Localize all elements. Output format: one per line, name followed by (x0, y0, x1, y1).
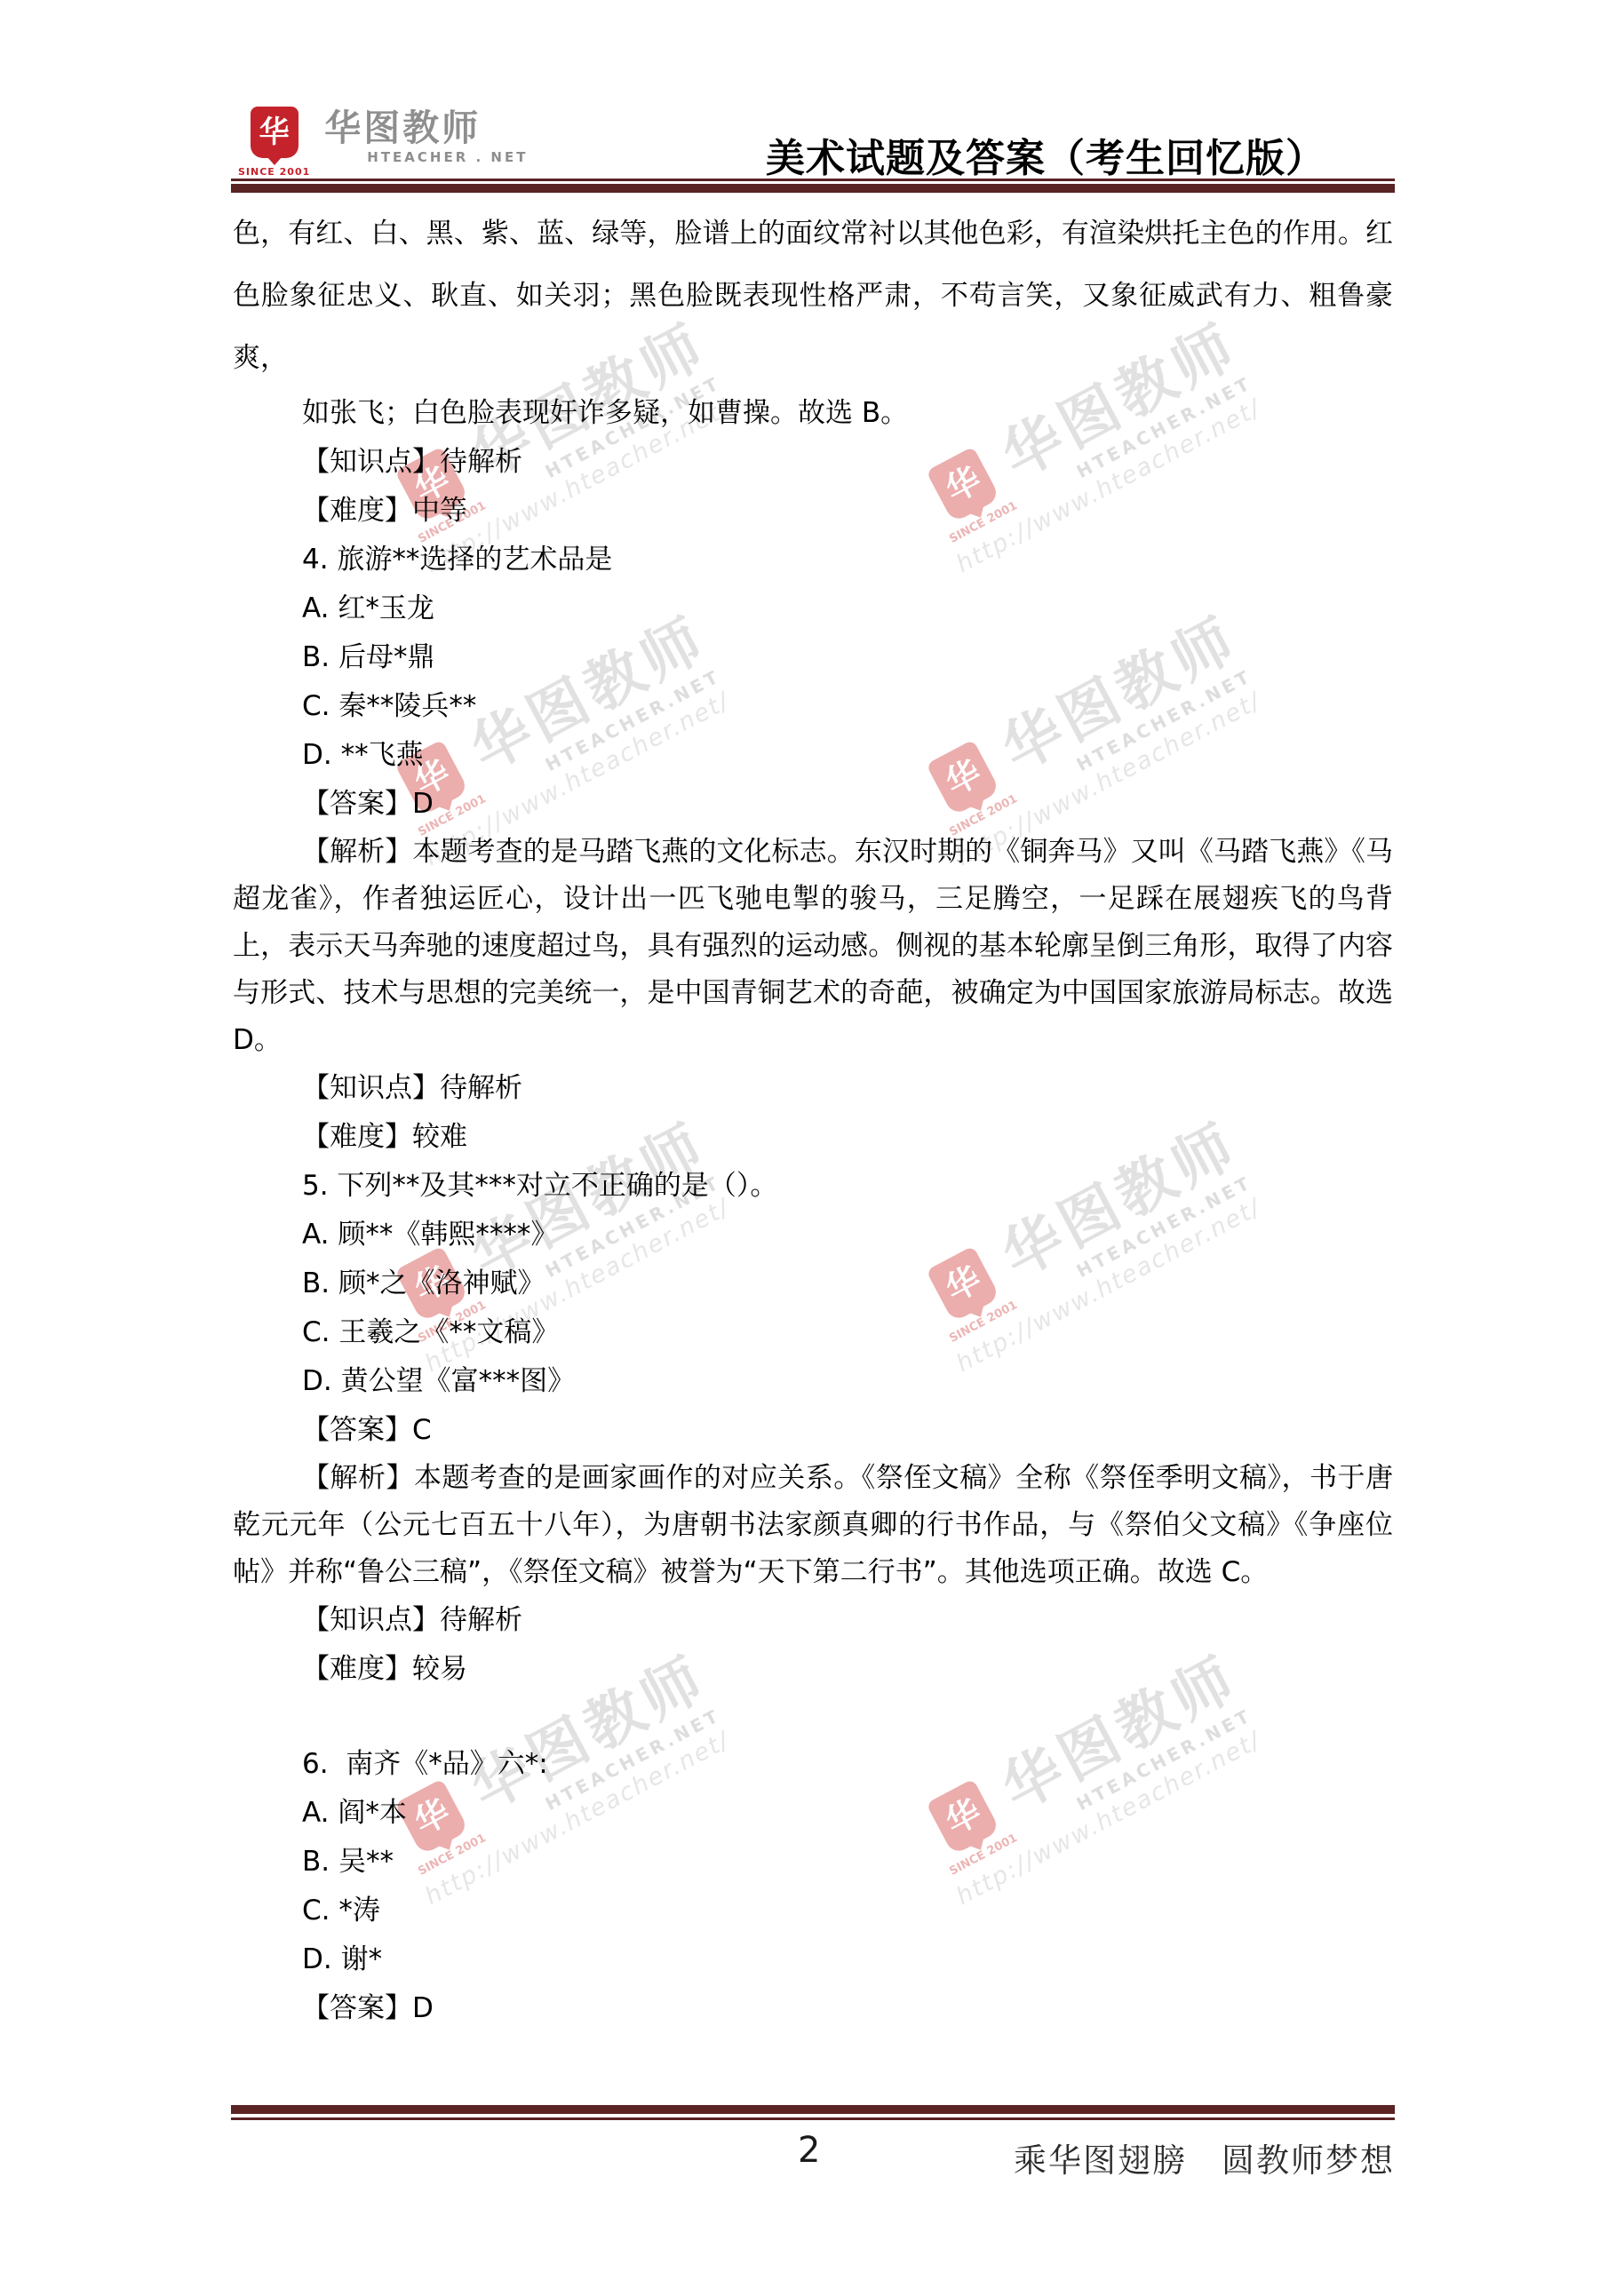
text-line: C. 秦**陵兵** (233, 682, 1393, 731)
page-number: 2 (798, 2130, 820, 2171)
paragraph: 色，有红、白、黑、紫、蓝、绿等，脸谱上的面纹常衬以其他色彩，有渲染烘托主色的作用… (233, 203, 1393, 389)
text-line: 【知识点】待解析 (233, 1064, 1393, 1113)
huatu-logo-mark: 华 (259, 117, 290, 147)
text-line: C. 王羲之《**文稿》 (233, 1308, 1393, 1357)
document-body: 色，有红、白、黑、紫、蓝、绿等，脸谱上的面纹常衬以其他色彩，有渲染烘托主色的作用… (233, 203, 1393, 2033)
text-line: 6. 南齐《*品》六*: (233, 1740, 1393, 1789)
text-line: 【知识点】待解析 (233, 1596, 1393, 1645)
text-line: 【知识点】待解析 (233, 438, 1393, 487)
brand-domain-text: HTEACHER . NET (367, 149, 528, 165)
text-line: A. 阎*本 (233, 1789, 1393, 1838)
text-line: D. **飞燕 (233, 731, 1393, 780)
brand-name-cn: 华图教师 (324, 110, 528, 147)
analysis-paragraph: 【解析】本题考查的是画家画作的对应关系。《祭侄文稿》全称《祭侄季明文稿》，书于唐… (233, 1455, 1393, 1596)
text-line: A. 红*玉龙 (233, 584, 1393, 633)
text-line: A. 顾**《韩熙****》 (233, 1211, 1393, 1259)
header-logo: 华 SINCE 2001 华图教师 HTEACHER . NET (238, 107, 528, 178)
text-line: 【难度】较易 (233, 1645, 1393, 1694)
text-line: 【答案】C (233, 1406, 1393, 1455)
text-line: 【答案】D (233, 780, 1393, 829)
text-line: B. 吴** (233, 1838, 1393, 1887)
huatu-logo-icon: 华 (251, 107, 299, 158)
footer-rule-thin (231, 2117, 1395, 2120)
footer-rule-thick (231, 2105, 1395, 2114)
footer-slogan: 乘华图翅膀 圆教师梦想 (1014, 2133, 1395, 2181)
text-line: 【难度】中等 (233, 487, 1393, 536)
document-page: { "header": { "logo": { "mark_text": "华"… (0, 0, 1624, 2296)
text-line: 【答案】D (233, 1984, 1393, 2033)
text-line: 4. 旅游**选择的艺术品是 (233, 536, 1393, 584)
text-line: 5. 下列**及其***对立不正确的是（）。 (233, 1162, 1393, 1211)
text-line: 如张飞；白色脸表现奸诈多疑，如曹操。故选 B。 (233, 389, 1393, 438)
text-line: D. 黄公望《富***图》 (233, 1357, 1393, 1406)
text-line: B. 顾*之《洛神赋》 (233, 1259, 1393, 1308)
text-line: 【难度】较难 (233, 1113, 1393, 1162)
text-line: B. 后母*鼎 (233, 633, 1393, 682)
analysis-paragraph: 【解析】本题考查的是马踏飞燕的文化标志。东汉时期的《铜奔马》又叫《马踏飞燕》《马… (233, 829, 1393, 1064)
header-rule-thin (231, 179, 1395, 181)
page-title: 美术试题及答案（考生回忆版） (766, 126, 1325, 183)
logo-since-text: SINCE 2001 (238, 166, 310, 178)
header-rule-thick (231, 184, 1395, 193)
text-line: C. *涛 (233, 1887, 1393, 1935)
text-line: D. 谢* (233, 1935, 1393, 1984)
